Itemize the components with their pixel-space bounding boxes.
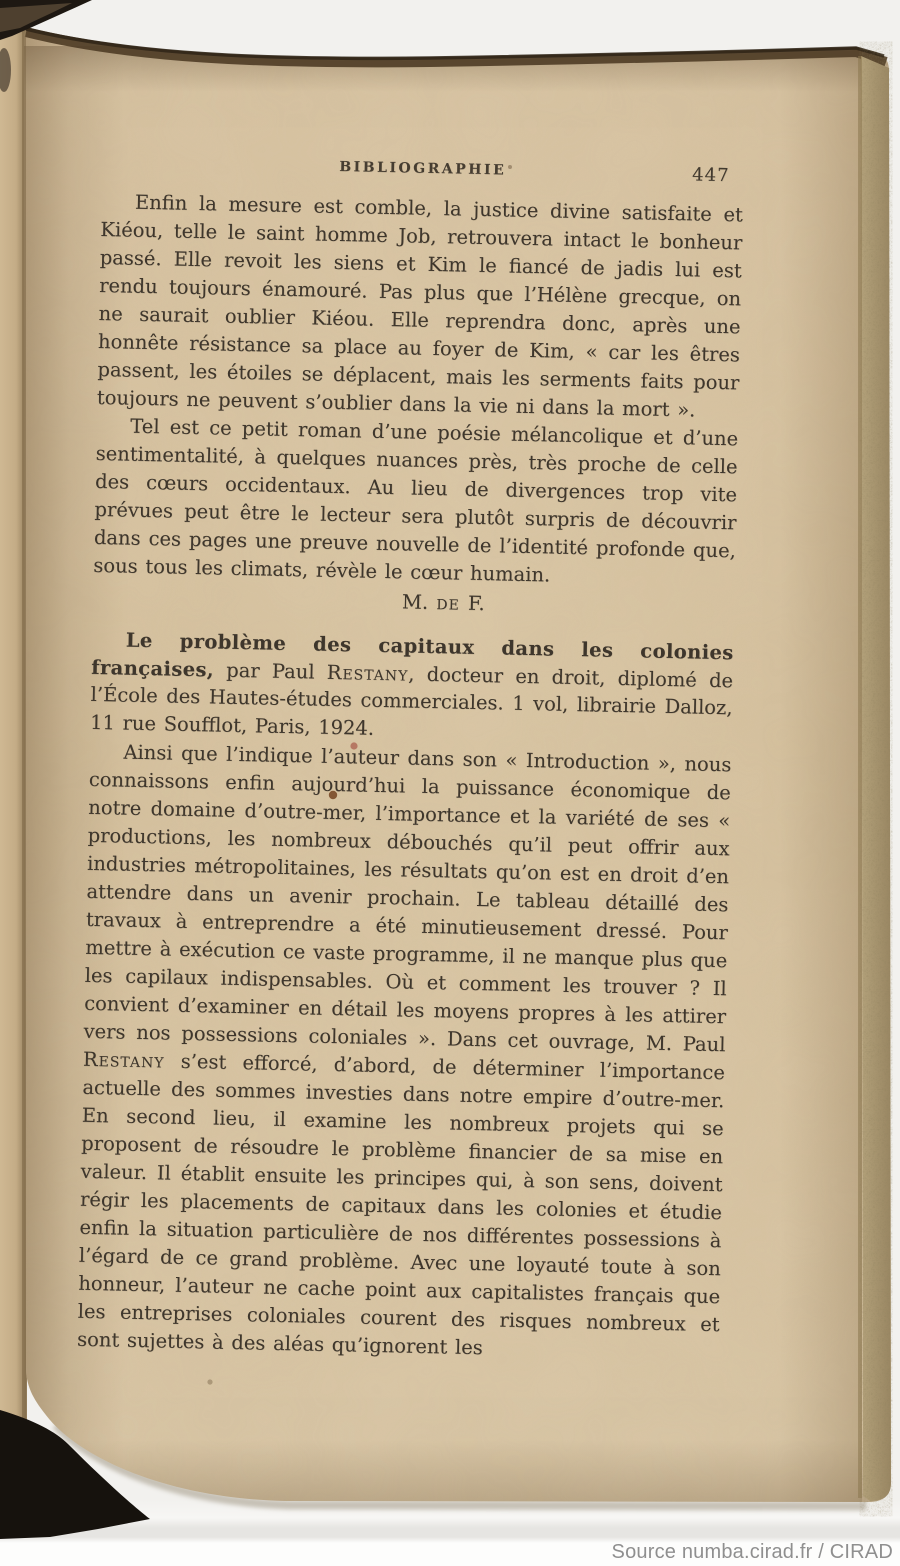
page-number: 447 (692, 164, 730, 186)
entry-author: Restany (327, 660, 409, 685)
paragraph-entry-review: Ainsi que l’indique l’auteur dans son « … (77, 738, 732, 1367)
scanned-book-page-viewer: { "document": { "running_title": "BIBLIO… (0, 0, 900, 1566)
author-name-smallcaps: Restany (83, 1048, 165, 1073)
paragraph-review-end: Enfin la mesure est comble, la justice d… (97, 188, 744, 425)
paragraph-review-conclusion: Tel est ce petit roman d’une poésie méla… (93, 412, 738, 593)
page-fore-edge (858, 56, 891, 1502)
source-credit: Source numba.cirad.fr / CIRAD (612, 1541, 893, 1564)
page-body-text: Enfin la mesure est comble, la justice d… (77, 188, 743, 1367)
gutter-crease (22, 30, 26, 1420)
page-text-block: BIBLIOGRAPHIE 447 Enfin la mesure est co… (77, 154, 744, 1367)
bibliographic-entry: Le problème des capitaux dans les coloni… (90, 626, 734, 749)
